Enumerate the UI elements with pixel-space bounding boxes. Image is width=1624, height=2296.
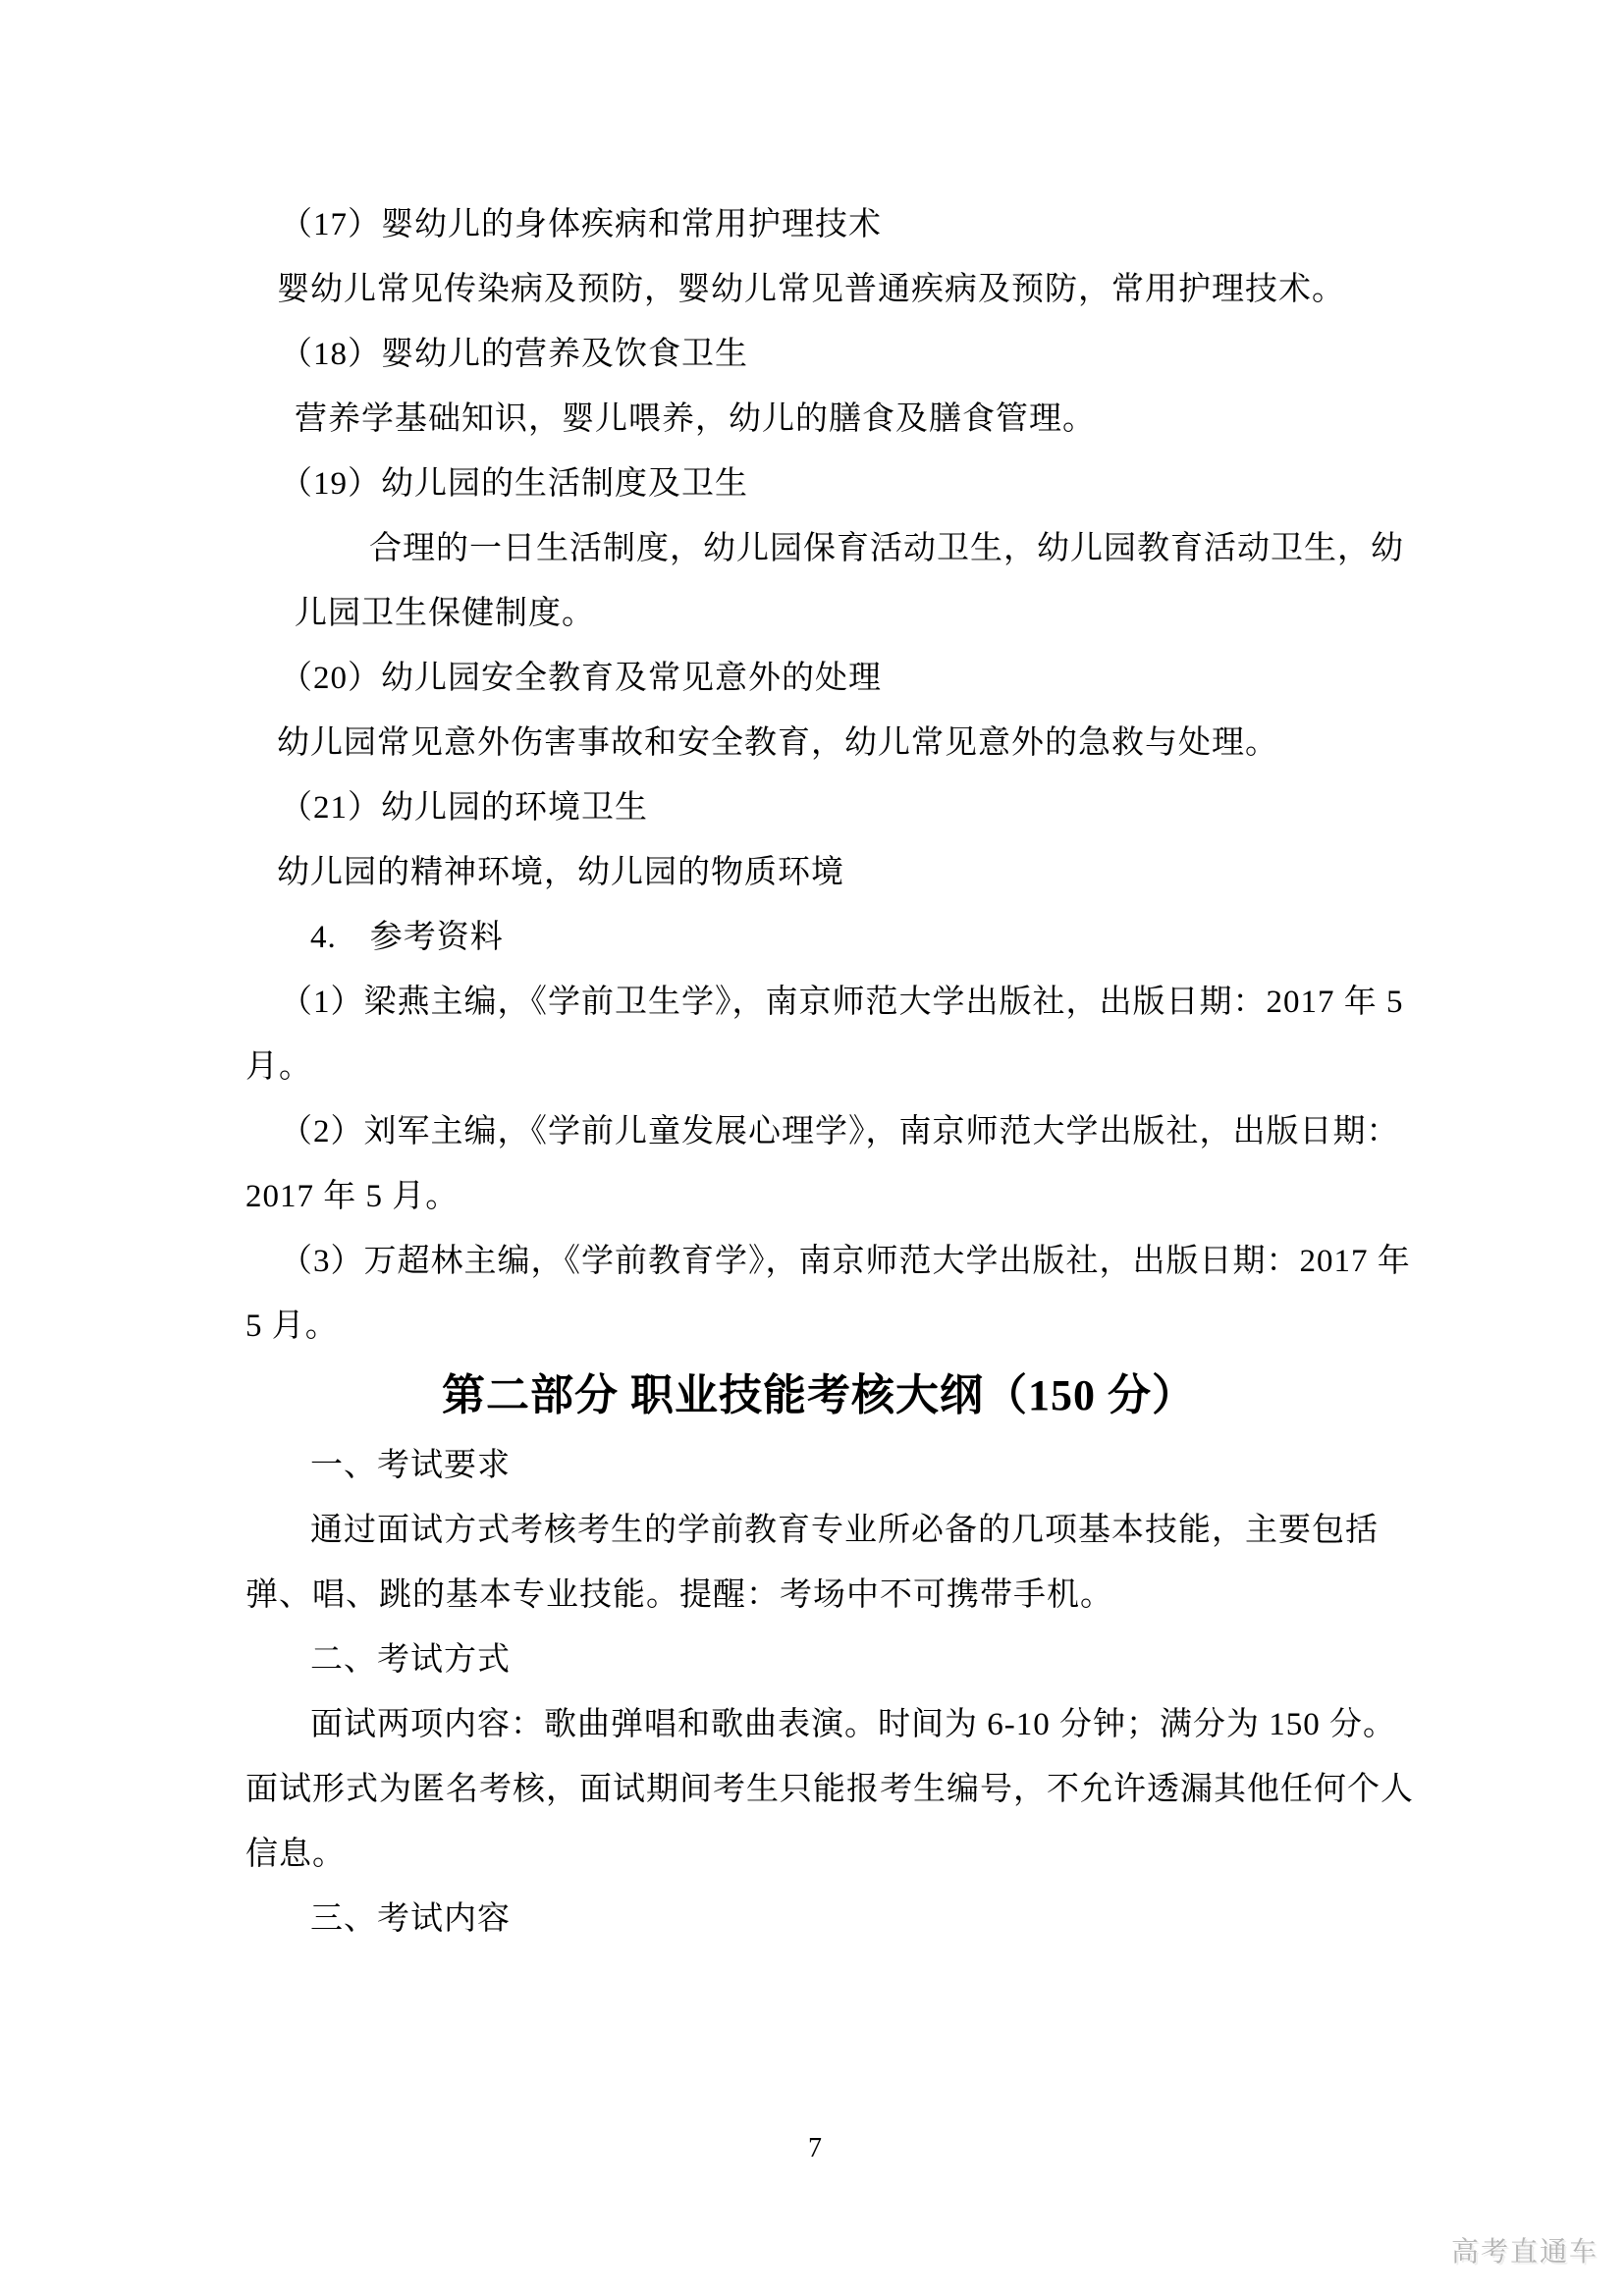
reference-line: 2017 年 5 月。 [245, 1164, 1392, 1229]
document-body: （17）婴幼儿的身体疾病和常用护理技术 婴幼儿常见传染病及预防，婴幼儿常见普通疾… [245, 192, 1392, 1951]
document-line: （18）婴幼儿的营养及饮食卫生 [245, 322, 1392, 387]
reference-line: 5 月。 [245, 1294, 1392, 1359]
subsection-heading: 二、考试方式 [245, 1628, 1392, 1692]
reference-line: 月。 [245, 1035, 1392, 1099]
subsection-heading: 三、考试内容 [245, 1887, 1392, 1951]
document-line: （19）幼儿园的生活制度及卫生 [245, 452, 1392, 516]
document-line: 弹、唱、跳的基本专业技能。提醒：考场中不可携带手机。 [245, 1563, 1392, 1628]
document-line: （17）婴幼儿的身体疾病和常用护理技术 [245, 192, 1392, 257]
reference-line: （3）万超林主编，《学前教育学》，南京师范大学出版社，出版日期：2017 年 [245, 1229, 1392, 1294]
page-number: 7 [245, 2132, 1384, 2165]
section-heading: 第二部分 职业技能考核大纲（150 分） [245, 1359, 1392, 1433]
document-line: 儿园卫生保健制度。 [245, 581, 1392, 646]
document-line: 合理的一日生活制度，幼儿园保育活动卫生，幼儿园教育活动卫生，幼 [245, 516, 1392, 581]
document-page: （17）婴幼儿的身体疾病和常用护理技术 婴幼儿常见传染病及预防，婴幼儿常见普通疾… [0, 0, 1624, 2296]
subsection-heading: 一、考试要求 [245, 1433, 1392, 1498]
document-line: 通过面试方式考核考生的学前教育专业所必备的几项基本技能，主要包括 [245, 1498, 1392, 1563]
reference-line: （2）刘军主编，《学前儿童发展心理学》，南京师范大学出版社，出版日期： [245, 1099, 1392, 1164]
list-heading-references: 4. 参考资料 [245, 905, 1392, 970]
document-line: 婴幼儿常见传染病及预防，婴幼儿常见普通疾病及预防，常用护理技术。 [245, 257, 1392, 322]
document-line: 信息。 [245, 1822, 1392, 1887]
reference-line: （1）梁燕主编，《学前卫生学》，南京师范大学出版社，出版日期：2017 年 5 [245, 970, 1392, 1035]
document-line: （20）幼儿园安全教育及常见意外的处理 [245, 646, 1392, 711]
watermark: 高考直通车 [1451, 2236, 1598, 2269]
document-line: 幼儿园常见意外伤害事故和安全教育，幼儿常见意外的急救与处理。 [245, 711, 1392, 775]
document-line: 幼儿园的精神环境，幼儿园的物质环境 [245, 840, 1392, 905]
document-line: 面试形式为匿名考核，面试期间考生只能报考生编号，不允许透漏其他任何个人 [245, 1757, 1392, 1822]
document-line: 营养学基础知识，婴儿喂养，幼儿的膳食及膳食管理。 [245, 387, 1392, 452]
document-line: 面试两项内容：歌曲弹唱和歌曲表演。时间为 6-10 分钟；满分为 150 分。 [245, 1692, 1392, 1757]
document-line: （21）幼儿园的环境卫生 [245, 775, 1392, 840]
